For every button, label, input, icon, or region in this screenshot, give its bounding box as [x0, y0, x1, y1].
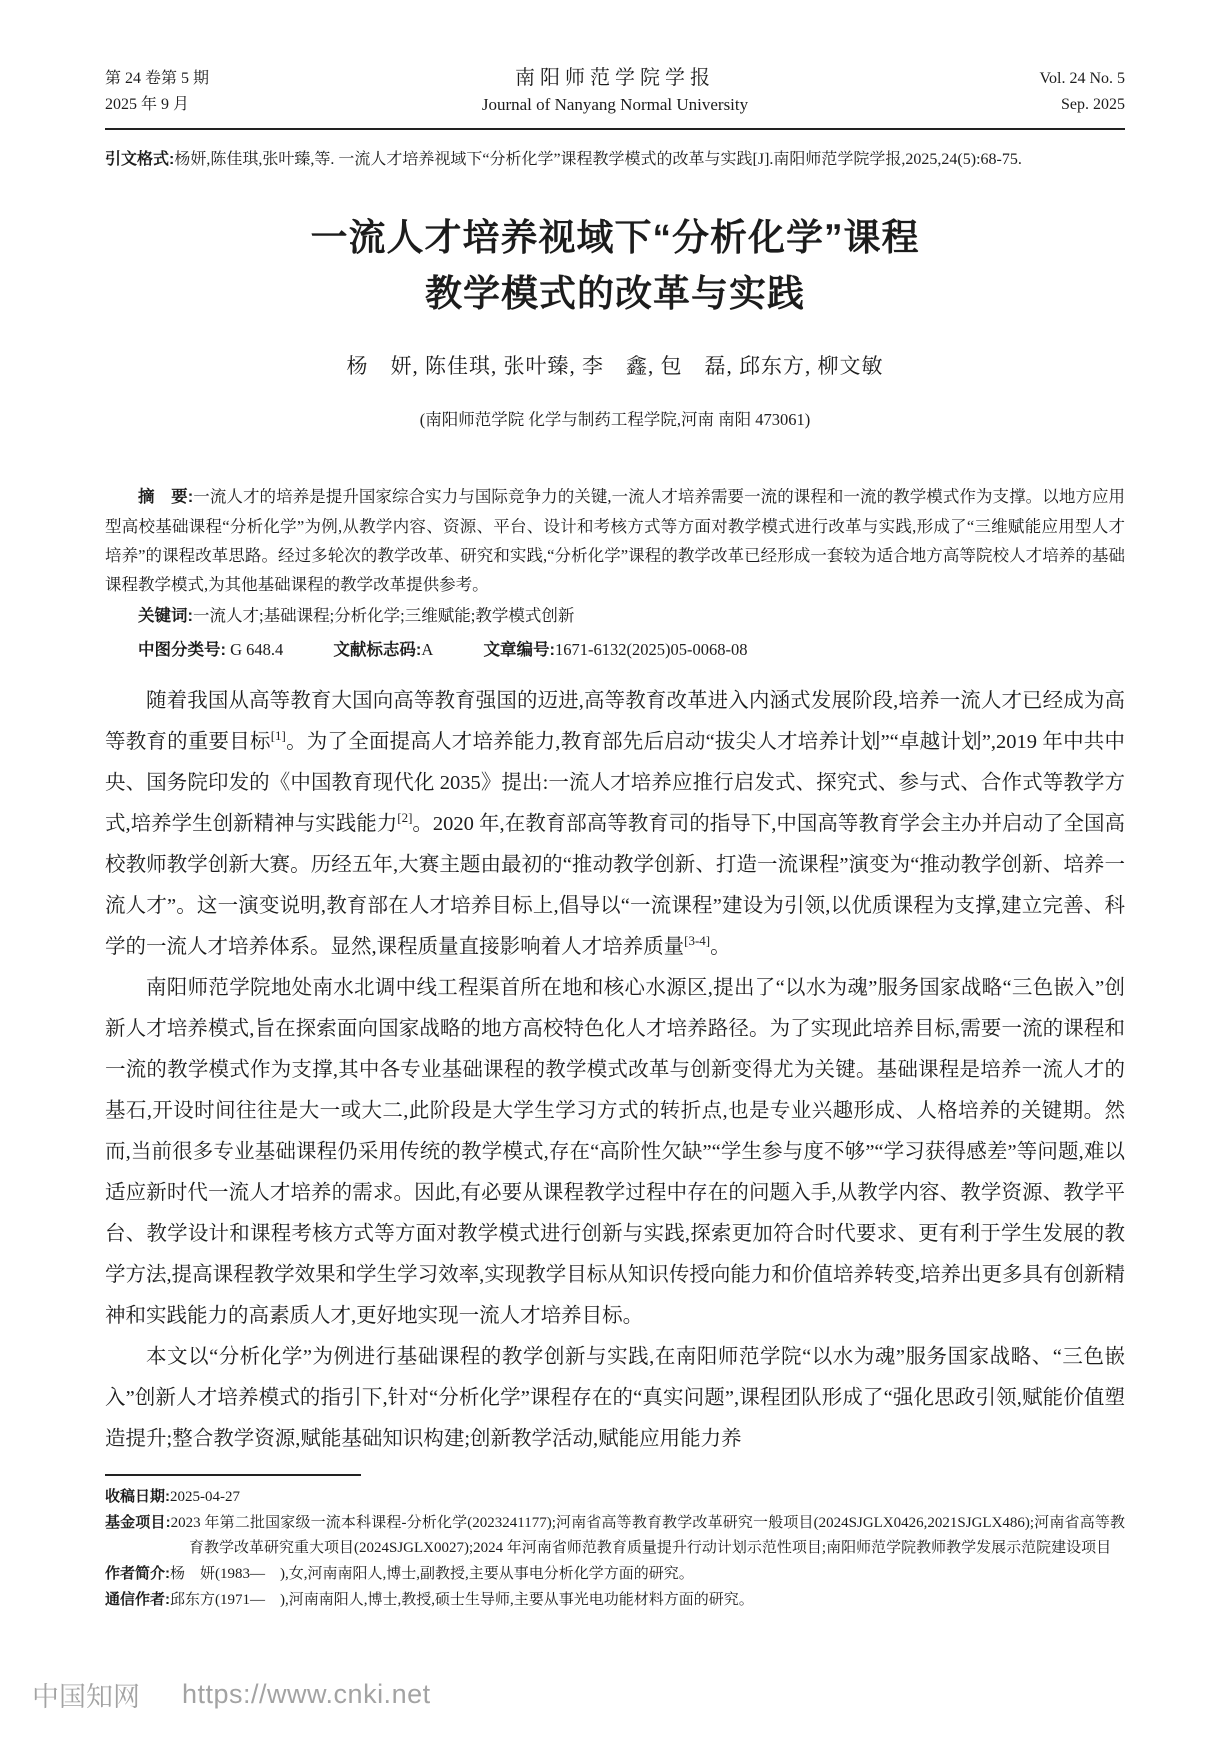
footnotes-list: 收稿日期:2025-04-27基金项目:2023 年第二批国家级一流本科课程-分…	[105, 1484, 1125, 1613]
clc-label: 中图分类号:	[138, 641, 226, 659]
journal-name-cn: 南阳师范学院学报	[365, 64, 865, 92]
cnki-url: https://www.cnki.net	[182, 1679, 431, 1710]
article-title-line1: 一流人才培养视域下“分析化学”课程	[105, 210, 1125, 266]
doc-code-label: 文献标志码:	[333, 641, 421, 659]
footnote-label: 作者简介:	[105, 1565, 170, 1582]
article-title: 一流人才培养视域下“分析化学”课程 教学模式的改革与实践	[105, 210, 1125, 322]
footnote-label: 基金项目:	[105, 1514, 171, 1531]
abstract-block: 摘 要:一流人才的培养是提升国家综合实力与国际竞争力的关键,一流人才培养需要一流…	[105, 482, 1125, 665]
footnote-item: 通信作者:邱东方(1971— ),河南南阳人,博士,教授,硕士生导师,主要从事光…	[105, 1587, 1125, 1613]
affiliation-line: (南阳师范学院 化学与制药工程学院,河南 南阳 473061)	[105, 406, 1125, 430]
clc-value: G 648.4	[226, 640, 283, 659]
article-id-value: 1671-6132(2025)05-0068-08	[555, 640, 747, 659]
footnote-label: 收稿日期:	[105, 1488, 170, 1505]
citation-text: 杨妍,陈佳琪,张叶臻,等. 一流人才培养视域下“分析化学”课程教学模式的改革与实…	[174, 151, 1022, 168]
body-paragraphs: 随着我国从高等教育大国向高等教育强国的迈进,高等教育改革进入内涵式发展阶段,培养…	[105, 681, 1125, 1460]
journal-name-en: Journal of Nanyang Normal University	[365, 92, 865, 118]
cnki-watermark: 中国知网 https://www.cnki.net	[32, 1675, 431, 1714]
footnote-item: 收稿日期:2025-04-27	[105, 1484, 1125, 1510]
footnote-text: 邱东方(1971— ),河南南阳人,博士,教授,硕士生导师,主要从事光电功能材料…	[170, 1592, 754, 1608]
article-title-line2: 教学模式的改革与实践	[105, 266, 1125, 322]
keywords-text: 一流人才;基础课程;分析化学;三维赋能;教学模式创新	[193, 606, 574, 625]
cnki-site-name: 中国知网	[32, 1675, 140, 1714]
abstract-paragraph: 摘 要:一流人才的培养是提升国家综合实力与国际竞争力的关键,一流人才培养需要一流…	[105, 482, 1125, 599]
citation-ref: [1]	[271, 728, 286, 743]
header-left: 第 24 卷第 5 期 2025 年 9 月	[105, 66, 365, 118]
body-paragraph: 本文以“分析化学”为例进行基础课程的教学创新与实践,在南阳师范学院“以水为魂”服…	[105, 1337, 1125, 1460]
header-center: 南阳师范学院学报 Journal of Nanyang Normal Unive…	[365, 64, 865, 118]
keywords-line: 关键词:一流人才;基础课程;分析化学;三维赋能;教学模式创新	[105, 601, 1125, 631]
footnote-label: 通信作者:	[105, 1591, 170, 1608]
footnote-text: 2025-04-27	[170, 1489, 240, 1505]
abstract-text: 一流人才的培养是提升国家综合实力与国际竞争力的关键,一流人才培养需要一流的课程和…	[105, 487, 1125, 594]
body-paragraph: 随着我国从高等教育大国向高等教育强国的迈进,高等教育改革进入内涵式发展阶段,培养…	[105, 681, 1125, 968]
date-cn: 2025 年 9 月	[105, 92, 365, 118]
header-right: Vol. 24 No. 5 Sep. 2025	[865, 66, 1125, 118]
journal-header: 第 24 卷第 5 期 2025 年 9 月 南阳师范学院学报 Journal …	[105, 64, 1125, 128]
footnote-item: 基金项目:2023 年第二批国家级一流本科课程-分析化学(2023241177)…	[105, 1510, 1125, 1561]
footnote-text: 2023 年第二批国家级一流本科课程-分析化学(2023241177);河南省高…	[171, 1515, 1125, 1556]
keywords-label: 关键词:	[138, 607, 193, 625]
article-id-label: 文章编号:	[483, 641, 555, 659]
clc-pair: 中图分类号: G 648.4	[138, 640, 283, 659]
header-rule	[105, 128, 1125, 130]
citation-block: 引文格式:杨妍,陈佳琪,张叶臻,等. 一流人才培养视域下“分析化学”课程教学模式…	[105, 146, 1125, 174]
citation-label: 引文格式:	[105, 151, 174, 168]
doc-code-pair: 文献标志码:A	[333, 640, 433, 659]
doc-code-value: A	[421, 640, 433, 659]
date-en: Sep. 2025	[865, 92, 1125, 118]
article-id-pair: 文章编号:1671-6132(2025)05-0068-08	[483, 640, 747, 659]
citation-ref: [3-4]	[684, 933, 710, 948]
page-content: 第 24 卷第 5 期 2025 年 9 月 南阳师范学院学报 Journal …	[105, 0, 1125, 1613]
footnote-text: 杨 妍(1983— ),女,河南南阳人,博士,副教授,主要从事电分析化学方面的研…	[170, 1566, 694, 1582]
abstract-label: 摘 要:	[138, 488, 193, 506]
volume-issue-cn: 第 24 卷第 5 期	[105, 66, 365, 92]
citation-ref: [2]	[397, 810, 412, 825]
body-paragraph: 南阳师范学院地处南水北调中线工程渠首所在地和核心水源区,提出了“以水为魂”服务国…	[105, 968, 1125, 1337]
meta-line: 中图分类号: G 648.4 文献标志码:A 文章编号:1671-6132(20…	[105, 635, 1125, 665]
volume-issue-en: Vol. 24 No. 5	[865, 66, 1125, 92]
footnote-separator	[105, 1474, 361, 1476]
authors-line: 杨 妍, 陈佳琪, 张叶臻, 李 鑫, 包 磊, 邱东方, 柳文敏	[105, 350, 1125, 380]
journal-page: 第 24 卷第 5 期 2025 年 9 月 南阳师范学院学报 Journal …	[0, 0, 1230, 1740]
footnote-item: 作者简介:杨 妍(1983— ),女,河南南阳人,博士,副教授,主要从事电分析化…	[105, 1561, 1125, 1587]
